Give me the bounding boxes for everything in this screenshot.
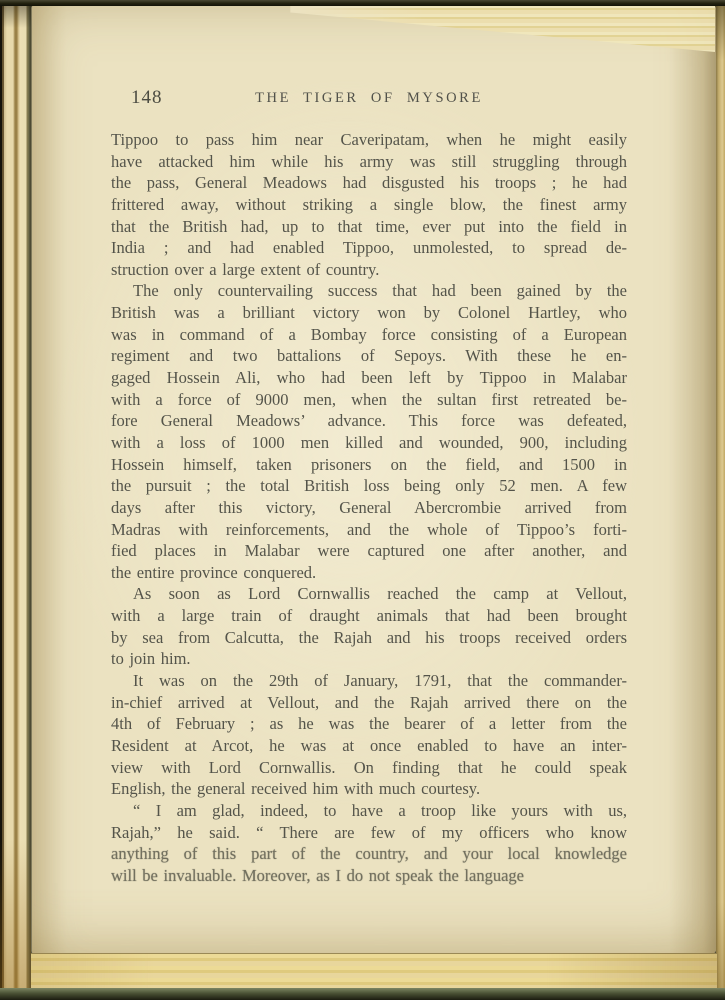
bottom-page-edges (31, 953, 717, 991)
running-title: THE TIGER OF MYSORE (111, 87, 627, 107)
text-line: Hossein himself, taken prisoners on the … (111, 454, 627, 476)
left-page-stack-edges (0, 0, 31, 1000)
body-text: Tippoo to pass him near Caveripatam, whe… (111, 129, 627, 886)
text-line: that the British had, up to that time, e… (111, 216, 627, 238)
scan-top-border (0, 0, 725, 6)
text-line: India ; and had enabled Tippoo, unmolest… (111, 237, 627, 259)
text-line: British was a brilliant victory won by C… (111, 302, 627, 324)
text-line: Madras with reinforcements, and the whol… (111, 519, 627, 541)
text-line: will be invaluable. Moreover, as I do no… (111, 865, 627, 887)
text-line: gaged Hossein Ali, who had been left by … (111, 367, 627, 389)
page-number: 148 (131, 87, 163, 109)
book-scan: { "page": { "number": "148", "running_ti… (0, 0, 725, 1000)
right-fore-edge (716, 0, 725, 992)
scan-bottom-border (0, 988, 725, 1000)
text-line: Resident at Arcot, he was at once enable… (111, 735, 627, 757)
text-line: Rajah,” he said. “ There are few of my o… (111, 822, 627, 844)
text-line: with a force of 9000 men, when the sulta… (111, 389, 627, 411)
text-line: with a loss of 1000 men killed and wound… (111, 432, 627, 454)
text-line: with a large train of draught animals th… (111, 605, 627, 627)
text-line: view with Lord Cornwallis. On finding th… (111, 757, 627, 779)
text-line: in-chief arrived at Vellout, and the Raj… (111, 692, 627, 714)
text-line: The only countervailing success that had… (111, 280, 627, 302)
text-line: 4th of February ; as he was the bearer o… (111, 713, 627, 735)
text-line: As soon as Lord Cornwallis reached the c… (111, 583, 627, 605)
text-line: anything of this part of the country, an… (111, 843, 627, 865)
book-page: 148 THE TIGER OF MYSORE Tippoo to pass h… (31, 5, 719, 955)
paragraph: As soon as Lord Cornwallis reached the c… (111, 583, 627, 670)
text-line: It was on the 29th of January, 1791, tha… (111, 670, 627, 692)
paragraph: The only countervailing success that had… (111, 280, 627, 583)
text-line: the entire province conquered. (111, 562, 627, 584)
text-line: the pass, General Meadows had disgusted … (111, 172, 627, 194)
printed-content: 148 THE TIGER OF MYSORE Tippoo to pass h… (111, 87, 627, 113)
paragraph: Tippoo to pass him near Caveripatam, whe… (111, 129, 627, 280)
text-line: days after this victory, General Abercro… (111, 497, 627, 519)
text-line: by sea from Calcutta, the Rajah and his … (111, 627, 627, 649)
text-line: Tippoo to pass him near Caveripatam, whe… (111, 129, 627, 151)
text-line: the pursuit ; the total British loss bei… (111, 475, 627, 497)
text-line: English, the general received him with m… (111, 778, 627, 800)
text-line: was in command of a Bombay force consist… (111, 324, 627, 346)
top-page-edges (290, 5, 715, 52)
paragraph: It was on the 29th of January, 1791, tha… (111, 670, 627, 800)
paragraph: “ I am glad, indeed, to have a troop lik… (111, 800, 627, 887)
text-line: fied places in Malabar were captured one… (111, 540, 627, 562)
text-line: have attacked him while his army was sti… (111, 151, 627, 173)
text-line: to join him. (111, 648, 627, 670)
text-line: regiment and two battalions of Sepoys. W… (111, 345, 627, 367)
text-line: fore General Meadows’ advance. This forc… (111, 410, 627, 432)
text-line: struction over a large extent of country… (111, 259, 627, 281)
text-line: frittered away, without striking a singl… (111, 194, 627, 216)
text-line: “ I am glad, indeed, to have a troop lik… (111, 800, 627, 822)
page-header: 148 THE TIGER OF MYSORE (111, 87, 627, 113)
